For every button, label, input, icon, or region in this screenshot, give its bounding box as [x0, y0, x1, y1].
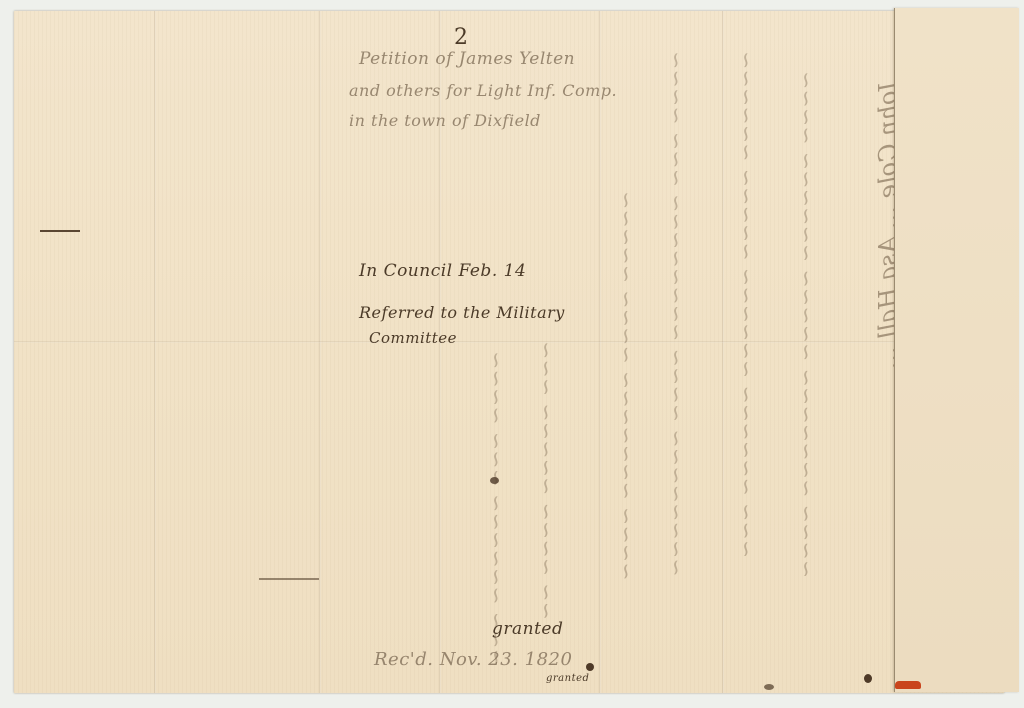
wax-seal-remnant [895, 681, 921, 689]
title-line-3: in the town of Dixfield [349, 111, 541, 130]
ink-blot [586, 663, 594, 671]
bleed-through-text: ~~~ ~~~~~ ~~~~ ~~ [534, 341, 559, 620]
folded-flap [894, 8, 1019, 692]
title-line-2: and others for Light Inf. Comp. [349, 81, 617, 100]
fold-line [722, 11, 724, 693]
ink-mark [259, 578, 319, 580]
fold-line [14, 341, 1004, 343]
ink-mark [40, 230, 80, 232]
fold-line [599, 11, 601, 693]
bleed-through-text: ~~~~~ ~~~~ ~~~~~~~ ~~~~ [614, 191, 639, 581]
endorsement-line-3: Committee [369, 329, 457, 347]
page-number: 2 [454, 25, 469, 50]
ink-blot [764, 684, 774, 690]
document-sheet: ~~~~ ~~~ ~~~~~~ ~~~ ~~~ ~~~~~ ~~~~ ~~ ~~… [14, 11, 1004, 693]
granted-small-note: granted [546, 673, 589, 684]
endorsement-line-1: In Council Feb. 14 [359, 261, 526, 281]
bleed-through-text: ~~~~~~ ~~~~~ ~~~~~~ ~~~~~~ ~~~ [734, 51, 759, 558]
ink-blot [490, 477, 499, 484]
fold-line [319, 11, 321, 693]
endorsement-line-2: Referred to the Military [359, 303, 565, 322]
bleed-through-text: ~~~~ ~~~ ~~~~~~~~ ~~~~ ~~~~~~~~ [664, 51, 689, 577]
bleed-through-text: ~~~~ ~~~~~~ ~~~~~ ~~~~~~~ ~~~~ [794, 71, 819, 578]
title-line-1: Petition of James Yelten [359, 49, 575, 69]
fold-line [154, 11, 156, 693]
ink-blot [864, 674, 872, 683]
granted-note: granted [492, 619, 563, 639]
received-date: Rec'd. Nov. 23. 1820 [374, 649, 572, 670]
